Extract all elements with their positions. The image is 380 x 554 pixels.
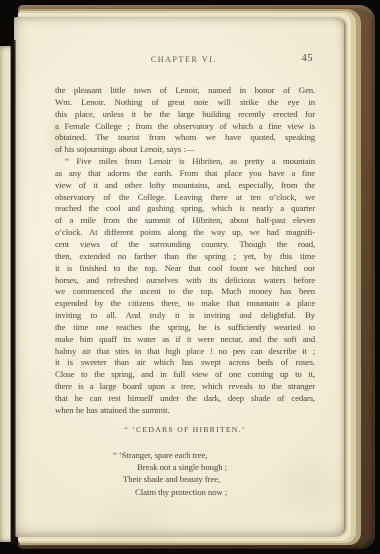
text-line: it is finished to the top. Near that coo… (55, 263, 315, 275)
text-line: cent views of the surrounding country. T… (55, 239, 315, 251)
text-line: of a mile from the summit of Hibriten, a… (55, 215, 315, 227)
poem-heading: “ ‘CEDARS OF HIBRITEN.’ (55, 425, 315, 434)
text-line: of his sojournings about Lenoir, says :— (55, 144, 315, 156)
text-line: it is sweeter than air which has swept a… (55, 357, 315, 369)
text-line: then, extended no farther than the sprin… (55, 251, 315, 263)
book-page: CHAPTER VI. 45 the pleasant little town … (14, 17, 344, 537)
poem: “ ‘Stranger, spare each tree, Break not … (113, 449, 313, 498)
text-line: o’clock. At different points along the w… (55, 227, 315, 239)
text-line: when he has attained the summit. (55, 405, 315, 417)
text-line: a Female College ; from the observatory … (55, 121, 315, 133)
text-line: reached the cool and gushing spring, whi… (55, 203, 315, 215)
text-line: view of it and other lofty mountains, an… (55, 180, 315, 192)
text-line: observatory of the College. Leaving ther… (55, 192, 315, 204)
page-number: 45 (302, 53, 314, 64)
text-line: the pleasant little town of Lenoir, name… (55, 85, 315, 97)
chapter-heading: CHAPTER VI. (55, 55, 313, 64)
text-line: the time one reaches the spring, he is s… (55, 322, 315, 334)
poem-line: Their shade and beauty free, (113, 473, 313, 485)
text-line: there is a large board upon a tree, whic… (55, 381, 315, 393)
text-line: obtained. The tourist from whom we have … (55, 132, 315, 144)
text-line: Wm. Lenoir. Nothing of great note will s… (55, 97, 315, 109)
gutter-shadow (10, 40, 16, 545)
text-line: horses, and refreshed ourselves with its… (55, 275, 315, 287)
body-text: the pleasant little town of Lenoir, name… (55, 85, 315, 417)
text-line: inviting to all. And truly it is invitin… (55, 310, 315, 322)
text-line: make him quaff its water as if it were n… (55, 334, 315, 346)
scanned-book-photo: { "page": { "header": { "chapter": "CHAP… (0, 0, 380, 554)
text-line: Close to the spring, and in full view of… (55, 369, 315, 381)
text-line: “ Five miles from Lenoir is Hibriten, as… (55, 156, 315, 168)
running-header: CHAPTER VI. 45 (55, 55, 313, 69)
text-line: as any that adorns the earth. From that … (55, 168, 315, 180)
text-line: that he can rest himself under the dark,… (55, 393, 315, 405)
text-line: we commenced the ascent to the top. Much… (55, 286, 315, 298)
text-line: balmy air that stirs in that high place … (55, 346, 315, 358)
text-line: expended by the citizens there, to make … (55, 298, 315, 310)
poem-line: Break not a single bough ; (113, 461, 313, 473)
text-line: this place, unless it be the large build… (55, 109, 315, 121)
poem-line: “ ‘Stranger, spare each tree, (113, 449, 313, 461)
poem-line: Claim thy protection now ; (113, 486, 313, 498)
